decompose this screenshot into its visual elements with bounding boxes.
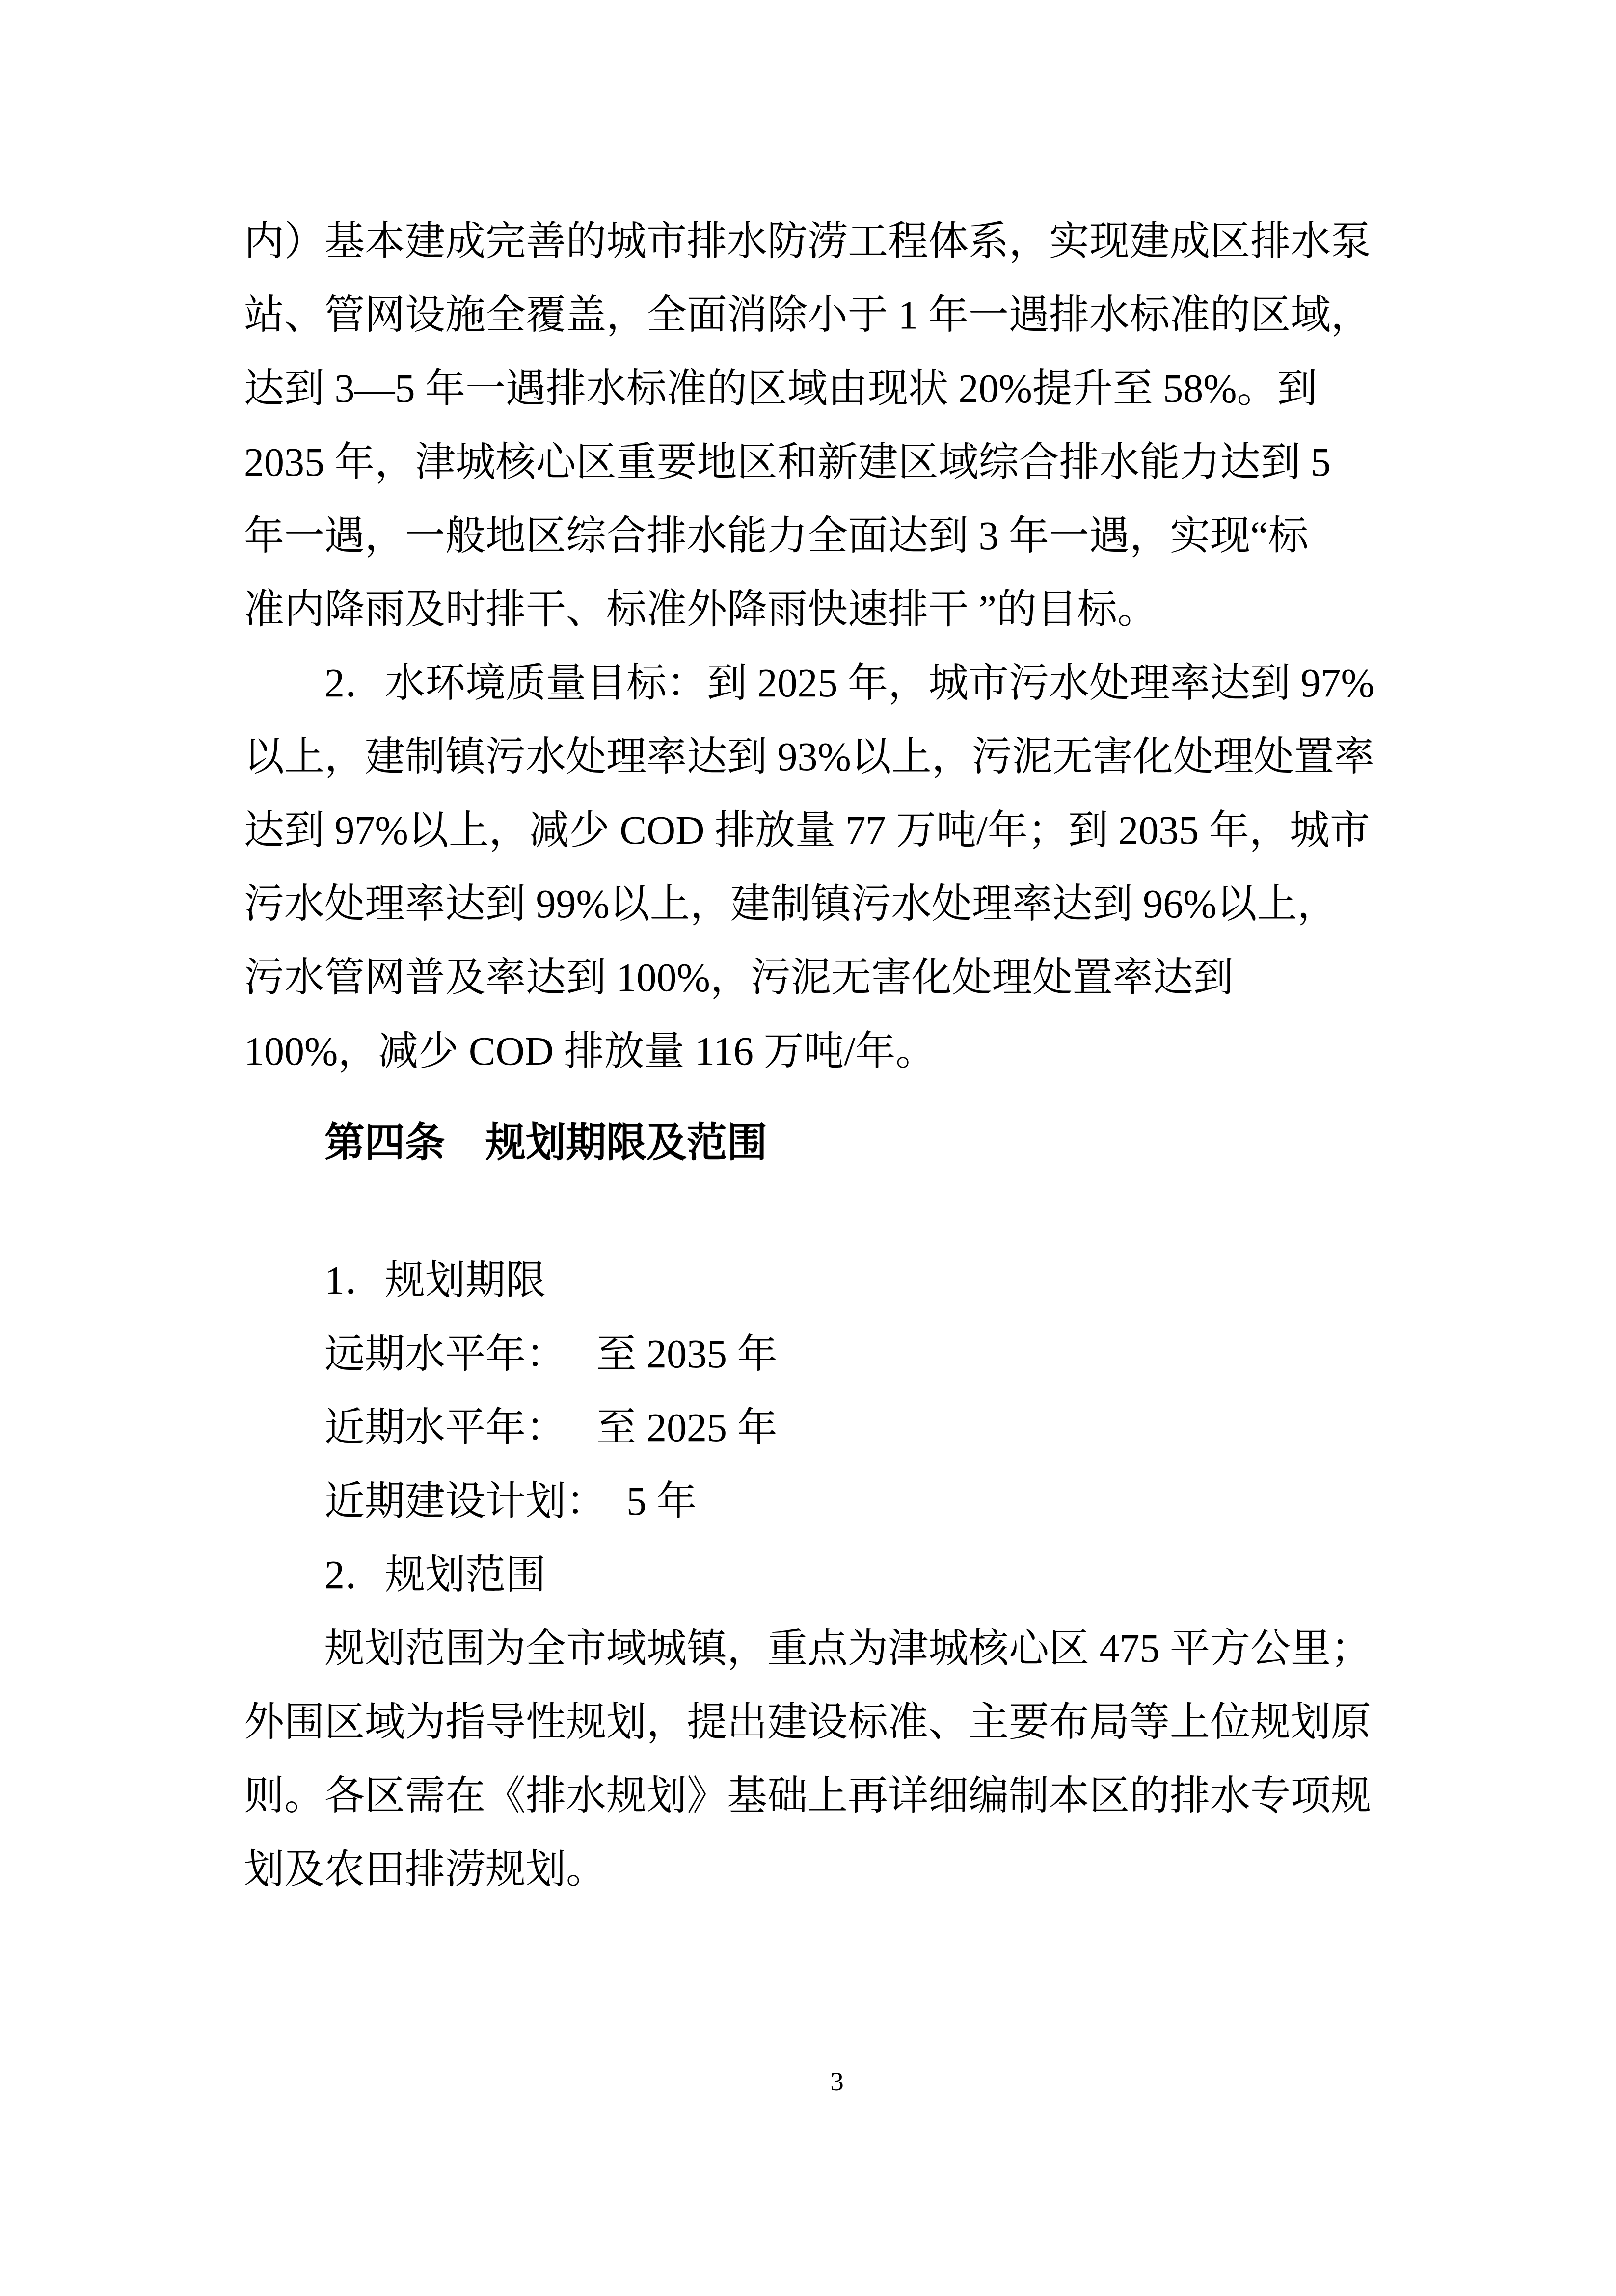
- text-line: 以上，建制镇污水处理率达到 93%以上，污泥无害化处理处置率: [244, 720, 1372, 794]
- text-line: 2．规划范围: [244, 1538, 1372, 1612]
- text-line: 近期建设计划： 5 年: [244, 1465, 1372, 1538]
- text-line: 2．水环境质量目标：到 2025 年，城市污水处理率达到 97%: [244, 646, 1372, 720]
- text-line: 规划范围为全市域城镇，重点为津城核心区 475 平方公里；: [244, 1612, 1372, 1685]
- text-line: 则。各区需在《排水规划》基础上再详细编制本区的排水专项规: [244, 1759, 1372, 1833]
- document-body: 内）基本建成完善的城市排水防涝工程体系，实现建成区排水泵 站、管网设施全覆盖，全…: [244, 205, 1372, 1906]
- text-line: 年一遇，一般地区综合排水能力全面达到 3 年一遇，实现“标: [244, 499, 1372, 573]
- text-line: 100%，减少 COD 排放量 116 万吨/年。: [244, 1015, 1372, 1088]
- text-line: 准内降雨及时排干、标准外降雨快速排干 ”的目标。: [244, 573, 1372, 646]
- text-line: 近期水平年： 至 2025 年: [244, 1391, 1372, 1465]
- text-line: 划及农田排涝规划。: [244, 1833, 1372, 1906]
- text-line: 远期水平年： 至 2035 年: [244, 1317, 1372, 1391]
- text-line: 2035 年，津城核心区重要地区和新建区域综合排水能力达到 5: [244, 426, 1372, 499]
- text-line: 内）基本建成完善的城市排水防涝工程体系，实现建成区排水泵: [244, 205, 1372, 278]
- text-line: 污水处理率达到 99%以上，建制镇污水处理率达到 96%以上，: [244, 867, 1372, 941]
- text-line: 达到 3—5 年一遇排水标准的区域由现状 20%提升至 58%。到: [244, 352, 1372, 426]
- text-line: 外围区域为指导性规划，提出建设标准、主要布局等上位规划原: [244, 1685, 1372, 1759]
- text-line: 达到 97%以上，减少 COD 排放量 77 万吨/年；到 2035 年，城市: [244, 794, 1372, 867]
- document-page: 内）基本建成完善的城市排水防涝工程体系，实现建成区排水泵 站、管网设施全覆盖，全…: [0, 0, 1616, 2296]
- text-line: 站、管网设施全覆盖，全面消除小于 1 年一遇排水标准的区域，: [244, 278, 1372, 352]
- page-number: 3: [29, 2068, 1616, 2095]
- text-line: 污水管网普及率达到 100%，污泥无害化处理处置率达到: [244, 941, 1372, 1015]
- text-line: 1．规划期限: [244, 1244, 1372, 1317]
- section-heading: 第四条 规划期限及范围: [244, 1106, 1372, 1180]
